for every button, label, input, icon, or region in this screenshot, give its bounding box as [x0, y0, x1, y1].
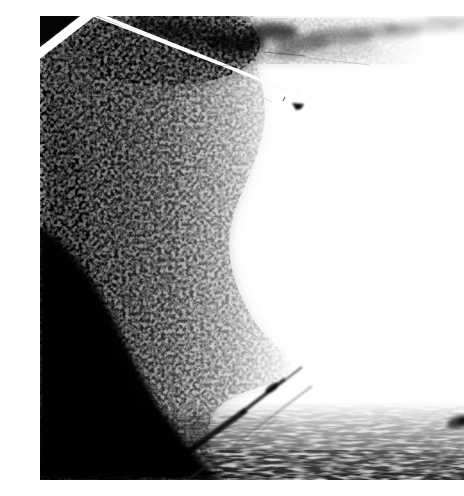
photo-canvas [40, 16, 464, 480]
abstract-bw-photo: High-contrast black-and-white photograph… [40, 16, 464, 480]
